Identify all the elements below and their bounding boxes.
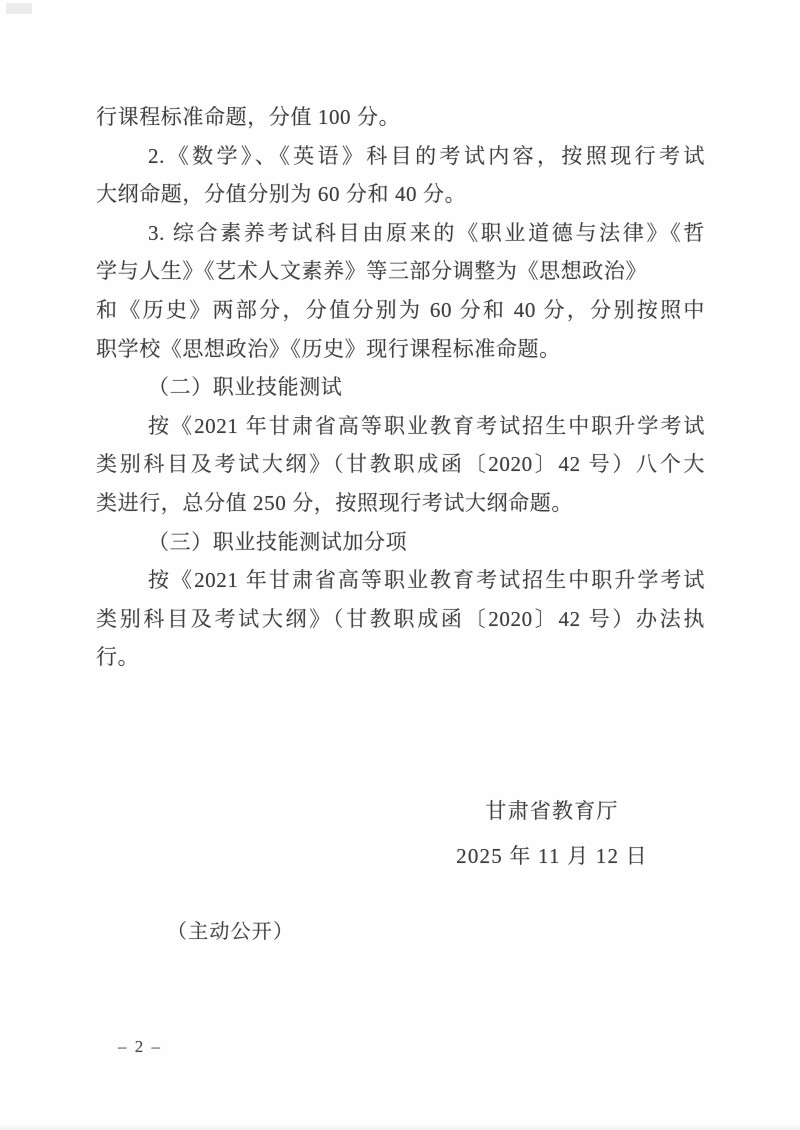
body-line: 和《历史》两部分，分值分别为 60 分和 40 分，分别按照中 [96, 291, 705, 330]
scan-artifact [6, 3, 32, 14]
body-line: 行课程标准命题，分值 100 分。 [96, 98, 705, 137]
body-line: （三）职业技能测试加分项 [96, 523, 705, 562]
body-line: 行。 [96, 638, 705, 677]
signature-date: 2025 年 11 月 12 日 [392, 834, 712, 879]
page-number: – 2 – [118, 1036, 162, 1058]
body-line: 按《2021 年甘肃省高等职业教育考试招生中职升学考试 [96, 407, 705, 446]
body-line: 学与人生》《艺术人文素养》等三部分调整为《思想政治》 [96, 252, 705, 291]
body-line: 大纲命题，分值分别为 60 分和 40 分。 [96, 175, 705, 214]
body-line: 2.《数学》、《英语》科目的考试内容，按照现行考试 [96, 137, 705, 176]
document-body: 行课程标准命题，分值 100 分。2.《数学》、《英语》科目的考试内容，按照现行… [96, 98, 705, 677]
signature-block: 甘肃省教育厅 2025 年 11 月 12 日 [392, 789, 712, 879]
body-line: 类别科目及考试大纲》（甘教职成函〔2020〕42 号）办法执 [96, 600, 705, 639]
scan-bottom-edge [0, 1124, 800, 1130]
body-line: 职学校《思想政治》《历史》现行课程标准命题。 [96, 330, 705, 369]
body-line: 按《2021 年甘肃省高等职业教育考试招生中职升学考试 [96, 561, 705, 600]
disclosure-note: （主动公开） [167, 913, 294, 951]
body-line: （二）职业技能测试 [96, 368, 705, 407]
body-line: 3. 综合素养考试科目由原来的《职业道德与法律》《哲 [96, 214, 705, 253]
signature-issuer: 甘肃省教育厅 [392, 789, 712, 834]
body-line: 类进行，总分值 250 分，按照现行考试大纲命题。 [96, 484, 705, 523]
document-page: 行课程标准命题，分值 100 分。2.《数学》、《英语》科目的考试内容，按照现行… [0, 0, 800, 1130]
body-line: 类别科目及考试大纲》（甘教职成函〔2020〕42 号）八个大 [96, 445, 705, 484]
